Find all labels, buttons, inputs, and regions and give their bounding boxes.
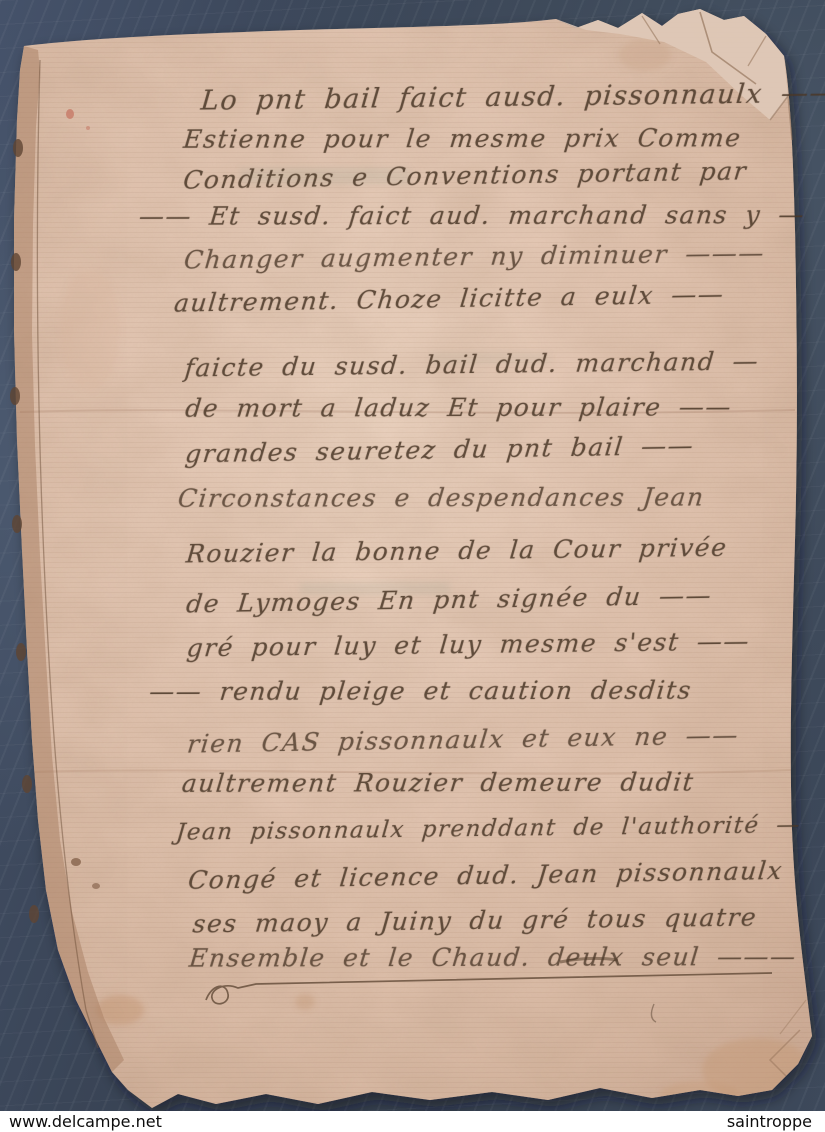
watermark-band: www.delcampe.net saintroppe [0, 1111, 825, 1132]
paper-texture [0, 0, 825, 1112]
worm-hole [71, 858, 81, 866]
worm-hole [92, 883, 100, 889]
red-ink-spot [66, 109, 74, 119]
watermark-site-url: www.delcampe.net [9, 1112, 162, 1131]
watermark-seller-name: saintroppe [727, 1112, 812, 1131]
document-photo: Lo pnt bail faict ausd. pissonnaulx —— E… [0, 0, 825, 1132]
manuscript-paper-graphic [0, 0, 825, 1112]
